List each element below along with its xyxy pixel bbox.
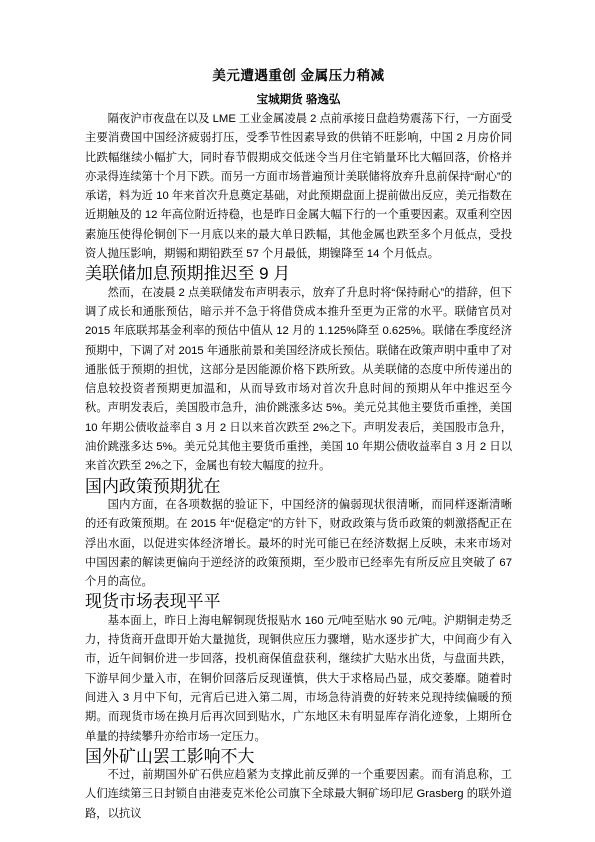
document-title: 美元遭遇重创 金属压力稍减: [85, 65, 512, 86]
document-content: 美元遭遇重创 金属压力稍减 宝城期货 骆逸弘 隔夜沪市夜盘在以及 LME 工业金…: [85, 65, 512, 824]
paragraph: 然而，在凌晨 2 点美联储发布声明表示，放弃了升息时将“保持耐心”的措辞，但下调…: [85, 284, 512, 477]
section-domestic-policy: 国内政策预期犹在 国内方面，在各项数据的验证下，中国经济的偏弱现状很清晰，而同样…: [85, 477, 512, 593]
paragraph: 不过，前期国外矿石供应趋紧为支撑此前反弹的一个重要因素。而有消息称，工人们连续第…: [85, 766, 512, 824]
paragraph: 基本面上，昨日上海电解铜现货报贴水 160 元/吨至贴水 90 元/吨。沪期铜走…: [85, 612, 512, 747]
section-heading: 现货市场表现平平: [85, 592, 512, 611]
section-spot-market: 现货市场表现平平 基本面上，昨日上海电解铜现货报贴水 160 元/吨至贴水 90…: [85, 592, 512, 746]
document-body: 隔夜沪市夜盘在以及 LME 工业金属凌晨 2 点前承接日盘趋势震荡下行，一方面受…: [85, 110, 512, 824]
section-fed-rate-hike: 美联储加息预期推迟至 9 月 然而，在凌晨 2 点美联储发布声明表示，放弃了升息…: [85, 264, 512, 476]
section-overnight-market: 隔夜沪市夜盘在以及 LME 工业金属凌晨 2 点前承接日盘趋势震荡下行，一方面受…: [85, 110, 512, 264]
document-page: 美元遭遇重创 金属压力稍减 宝城期货 骆逸弘 隔夜沪市夜盘在以及 LME 工业金…: [0, 0, 595, 842]
section-heading: 美联储加息预期推迟至 9 月: [85, 264, 512, 283]
section-heading: 国内政策预期犹在: [85, 477, 512, 496]
paragraph: 国内方面，在各项数据的验证下，中国经济的偏弱现状很清晰，而同样逐渐清晰的还有政策…: [85, 496, 512, 592]
paragraph: 隔夜沪市夜盘在以及 LME 工业金属凌晨 2 点前承接日盘趋势震荡下行，一方面受…: [85, 110, 512, 264]
section-foreign-mine-strike: 国外矿山罢工影响不大 不过，前期国外矿石供应趋紧为支撑此前反弹的一个重要因素。而…: [85, 747, 512, 824]
section-heading: 国外矿山罢工影响不大: [85, 747, 512, 766]
byline: 宝城期货 骆逸弘: [85, 90, 512, 110]
